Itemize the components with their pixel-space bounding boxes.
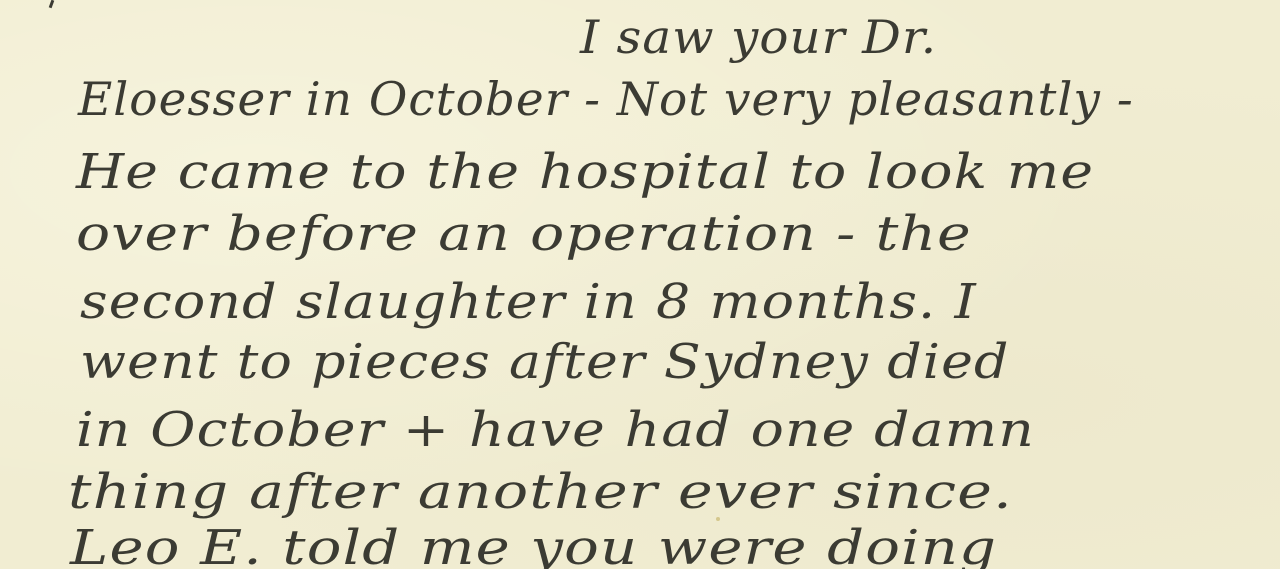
letter-page: I saw your Dr. Eloesser in October - Not… xyxy=(0,0,1280,569)
letter-line-3: He came to the hospital to look me xyxy=(76,148,1094,196)
letter-line-4: over before an operation - the xyxy=(76,210,972,258)
letter-line-8: thing after another ever since. xyxy=(68,468,1013,516)
ink-mark xyxy=(49,0,55,8)
letter-line-2: Eloesser in October - Not very pleasantl… xyxy=(78,76,1134,122)
letter-line-6: went to pieces after Sydney died xyxy=(80,338,1010,386)
letter-line-5: second slaughter in 8 months. I xyxy=(80,278,977,326)
letter-line-1: I saw your Dr. xyxy=(580,14,937,60)
paper-stain xyxy=(716,517,720,521)
letter-line-7: in October + have had one damn xyxy=(76,406,1035,454)
letter-line-9: Leo E. told me you were doing xyxy=(70,524,997,569)
